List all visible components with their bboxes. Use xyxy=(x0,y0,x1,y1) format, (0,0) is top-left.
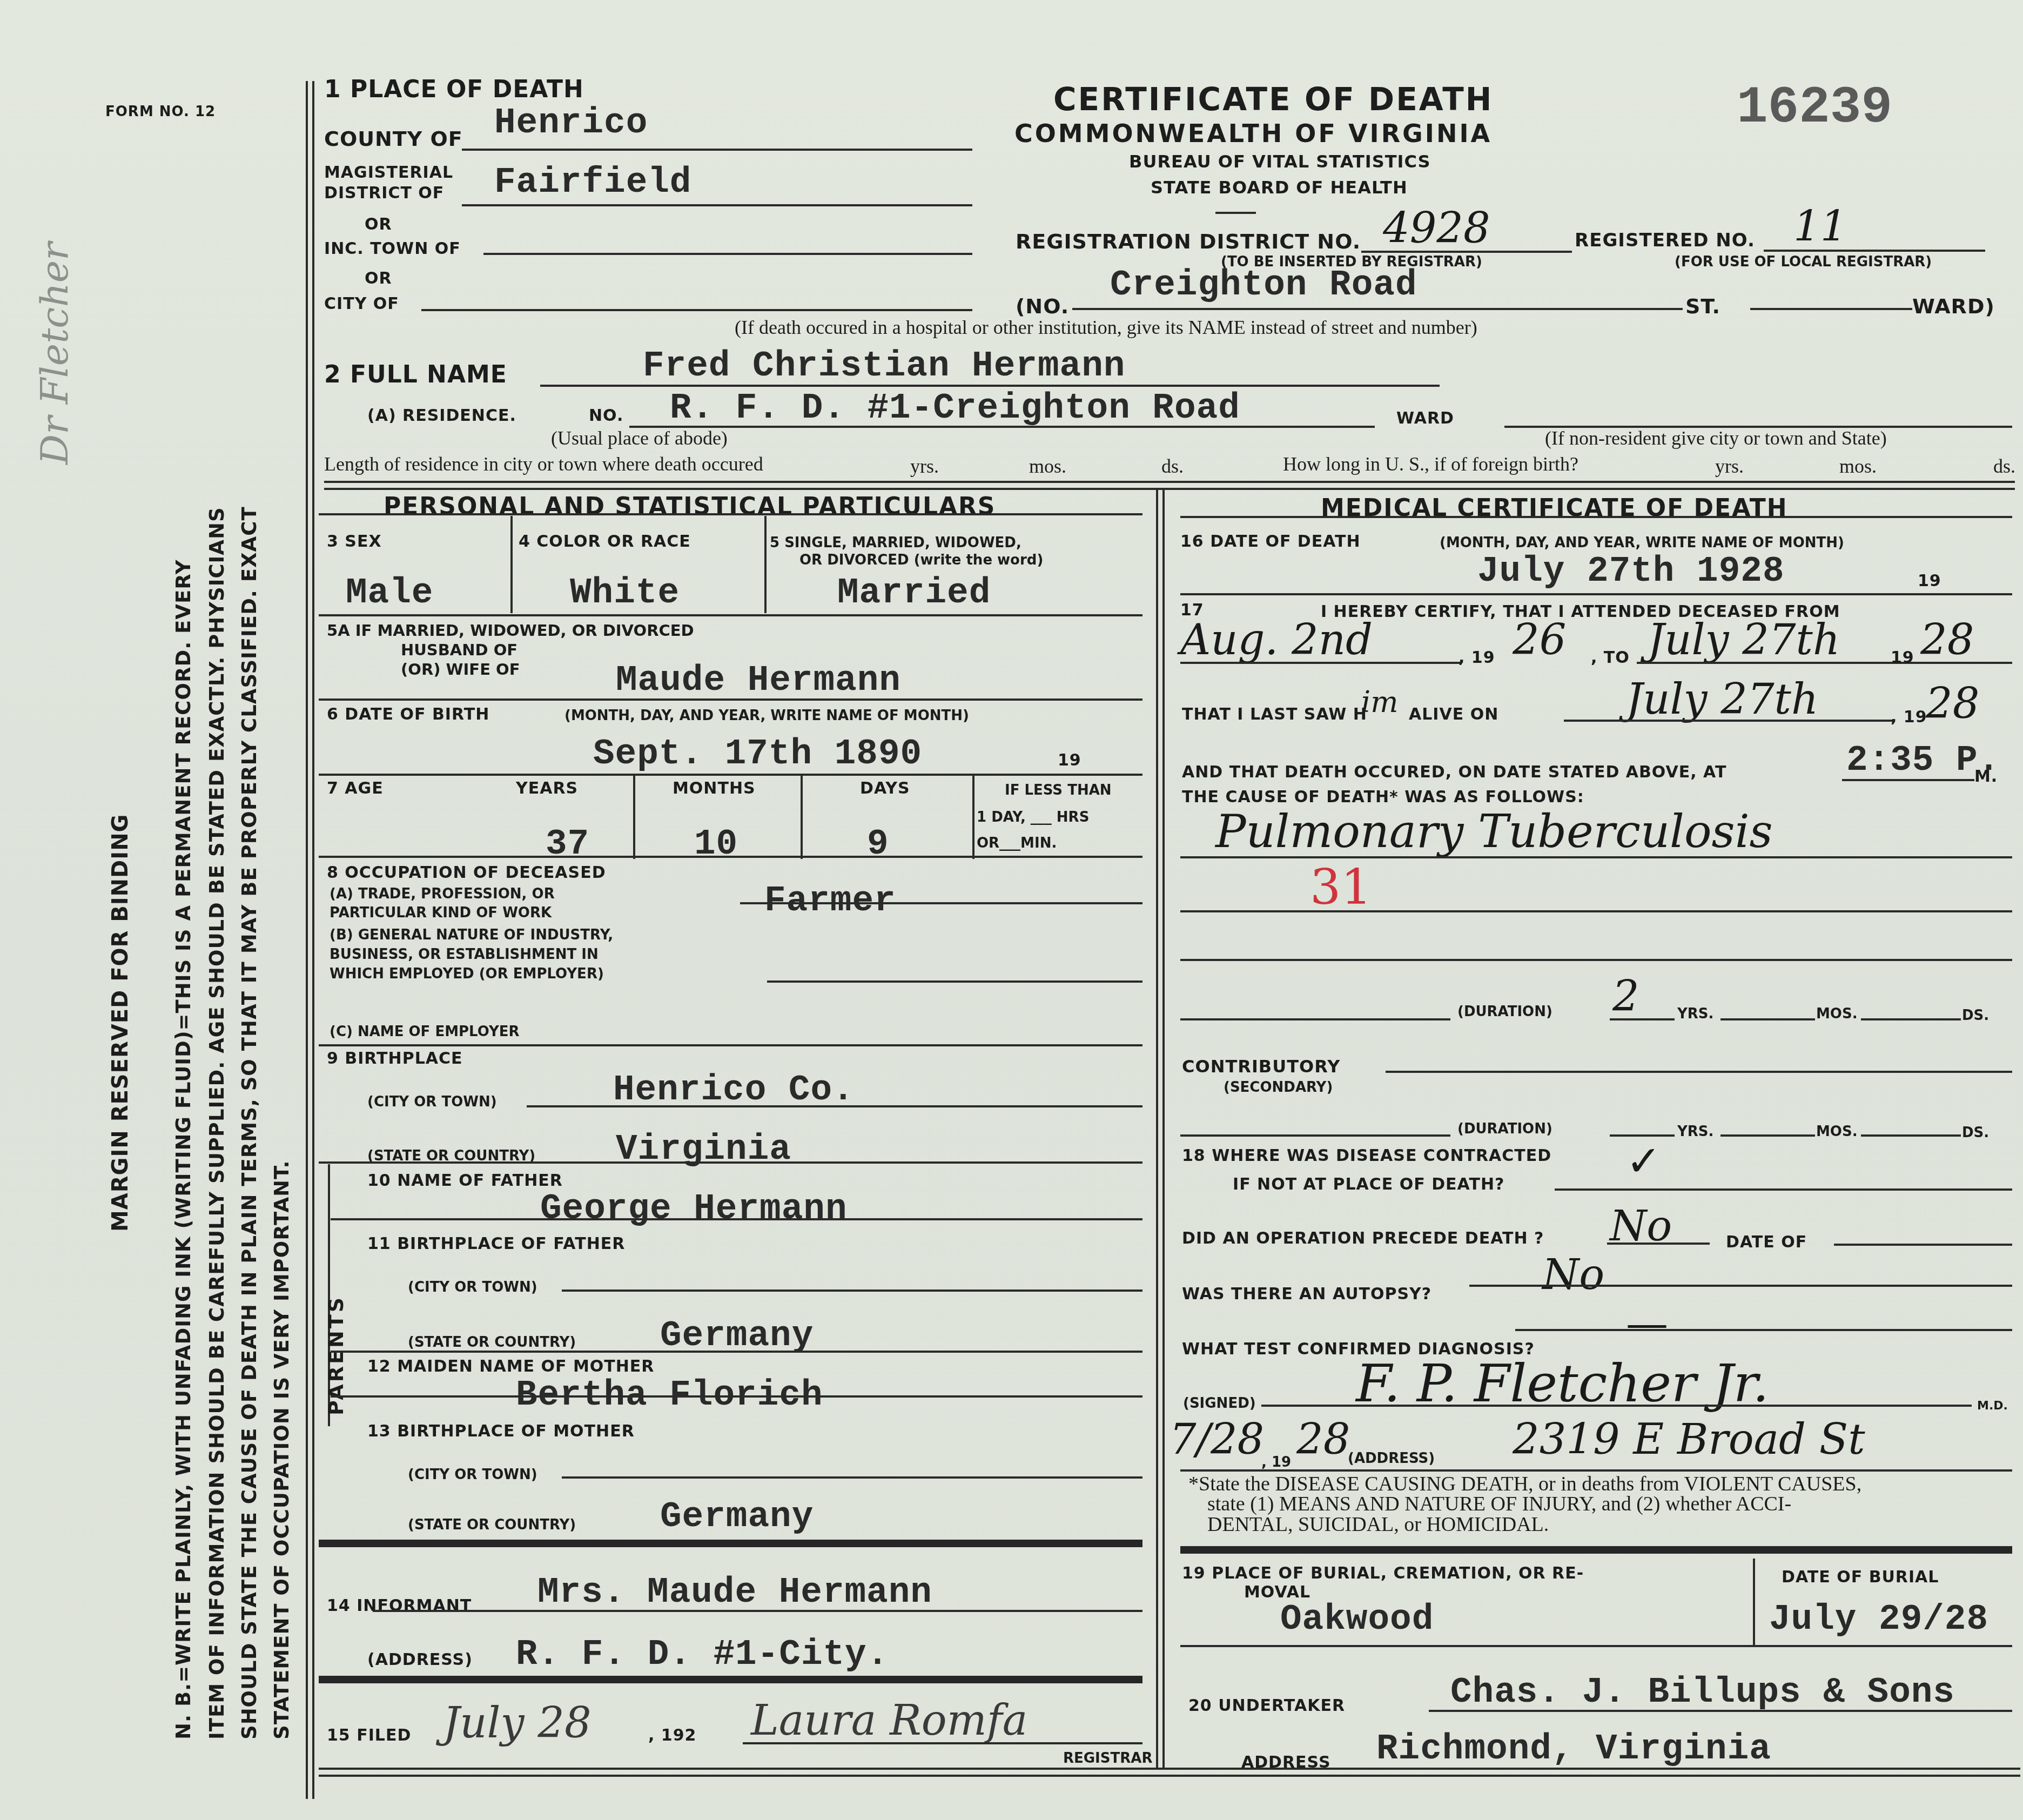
contracted-underline xyxy=(1555,1188,2012,1191)
place-of-death-heading: 1 PLACE OF DEATH xyxy=(324,76,584,103)
informant-underline xyxy=(373,1610,1142,1612)
father-underline xyxy=(331,1218,1142,1220)
or-2: OR xyxy=(365,269,392,288)
town-underline xyxy=(483,253,972,255)
sex-value: Male xyxy=(346,573,433,613)
undertaker-label: 20 UNDERTAKER xyxy=(1188,1696,1345,1715)
ward-label: WARD) xyxy=(1912,294,1995,318)
residence-label: (A) RESIDENCE. xyxy=(367,406,516,425)
from-year: 26 xyxy=(1513,616,1566,664)
city-label: CITY OF xyxy=(324,294,399,313)
pencil-note: Dr Fletcher xyxy=(32,242,77,465)
burial-date-label: DATE OF BURIAL xyxy=(1782,1568,1939,1587)
mother-state-label: (STATE OR COUNTRY) xyxy=(408,1517,576,1533)
burial-date-value: July 29/28 xyxy=(1769,1599,1988,1640)
form-left-border xyxy=(306,81,308,1799)
birthplace-city-label: (CITY OR TOWN) xyxy=(367,1094,497,1110)
dob-19: 19 xyxy=(1058,751,1081,770)
informant-address-label: (ADDRESS) xyxy=(367,1650,473,1669)
marital-value: Married xyxy=(837,573,991,613)
occupation-label: 8 OCCUPATION OF DECEASED xyxy=(327,863,606,882)
undertaker-underline xyxy=(1429,1710,2012,1712)
death-certificate-page: FORM NO. 12 Dr Fletcher MARGIN RESERVED … xyxy=(0,0,2023,1820)
ds-label: ds. xyxy=(1161,455,1184,478)
death-time-underline xyxy=(1842,779,1974,781)
cause-underline-1 xyxy=(1180,856,2012,858)
row-rule-7 xyxy=(319,856,1142,858)
dob-note: (MONTH, DAY, AND YEAR, WRITE NAME OF MON… xyxy=(564,708,969,724)
header-rule-2 xyxy=(324,488,2015,490)
operation-underline xyxy=(1607,1243,1710,1245)
burial-label-1: 19 PLACE OF BURIAL, CREMATION, OR RE- xyxy=(1182,1564,1584,1583)
birthplace-city-value: Henrico Co. xyxy=(613,1070,855,1110)
contracted-label-1: 18 WHERE WAS DISEASE CONTRACTED xyxy=(1182,1146,1551,1165)
street-value: Creighton Road xyxy=(1110,265,1417,305)
father-state-value: Germany xyxy=(660,1315,814,1356)
length-of-residence-label: Length of residence in city or town wher… xyxy=(324,453,763,475)
row-rule-3 xyxy=(319,614,1142,616)
reg-district-label: REGISTRATION DISTRICT NO. xyxy=(1016,230,1361,253)
contributory-underline xyxy=(1386,1071,2012,1073)
age-divider-1 xyxy=(633,775,635,859)
less-than-label-2: 1 DAY, ___ HRS xyxy=(977,809,1089,825)
duration-ds-label: DS. xyxy=(1962,1008,1989,1024)
margin-instruction-4: STATEMENT OF OCCUPATION IS VERY IMPORTAN… xyxy=(270,1160,293,1740)
last-saw-19: , 19 xyxy=(1891,708,1927,727)
md-label: M.D. xyxy=(1977,1399,2008,1413)
mother-state-value: Germany xyxy=(660,1496,814,1537)
attended-to: July 27th xyxy=(1648,616,1840,664)
filed-date: July 28 xyxy=(443,1699,592,1748)
us-yrs-label: yrs. xyxy=(1715,455,1744,478)
mos-label: mos. xyxy=(1029,455,1066,478)
dob-label: 6 DATE OF BIRTH xyxy=(327,705,489,724)
father-value: George Hermann xyxy=(540,1188,848,1229)
margin-binding-text: MARGIN RESERVED FOR BINDING xyxy=(108,814,133,1232)
burial-bottom-rule xyxy=(1180,1645,2012,1647)
duration2-yrs-label: YRS. xyxy=(1677,1124,1713,1140)
title-rule xyxy=(1215,212,1256,214)
bureau-title: BUREAU OF VITAL STATISTICS xyxy=(1129,151,1431,172)
mother-city-label: (CITY OR TOWN) xyxy=(408,1467,537,1483)
column-divider xyxy=(1156,489,1158,1769)
residence-value: R. F. D. #1-Creighton Road xyxy=(670,388,1240,428)
margin-instruction-3: SHOULD STATE THE CAUSE OF DEATH IN PLAIN… xyxy=(238,506,261,1740)
less-than-label-3: OR___MIN. xyxy=(977,835,1057,851)
spouse-value: Maude Hermann xyxy=(616,660,901,701)
form-number: FORM NO. 12 xyxy=(105,104,216,120)
physician-address-label: (ADDRESS) xyxy=(1348,1450,1435,1467)
filed-19: , 192 xyxy=(648,1726,696,1745)
residence-no-label: NO. xyxy=(589,406,623,425)
board-title: STATE BOARD OF HEALTH xyxy=(1151,177,1408,198)
dod-note: (MONTH, DAY, AND YEAR, WRITE NAME OF MON… xyxy=(1440,535,1844,551)
county-label: COUNTY OF xyxy=(324,127,463,151)
birthplace-city-underline xyxy=(527,1105,1142,1107)
father-birthplace-label: 11 BIRTHPLACE OF FATHER xyxy=(367,1234,625,1253)
race-value: White xyxy=(570,573,680,613)
spouse-label-1: 5A IF MARRIED, WIDOWED, OR DIVORCED xyxy=(327,621,694,640)
date-of-label: DATE OF xyxy=(1726,1233,1807,1252)
undertaker-value: Chas. J. Billups & Sons xyxy=(1450,1672,1955,1712)
burial-place-value: Oakwood xyxy=(1280,1599,1434,1640)
informant-label: 14 INFORMANT xyxy=(327,1596,472,1615)
reg-district-underline xyxy=(1361,251,1572,253)
row-rule-6 xyxy=(319,774,1142,776)
occupation-value: Farmer xyxy=(764,881,896,921)
race-divider xyxy=(764,516,767,613)
age-years-label: YEARS xyxy=(516,779,578,798)
occ-a-label-1: (A) TRADE, PROFESSION, OR xyxy=(330,886,555,902)
filed-underline xyxy=(743,1742,1142,1744)
row-rule-5a xyxy=(319,699,1142,701)
ward-underline xyxy=(1750,308,1912,310)
spouse-label-3: (OR) WIFE OF xyxy=(401,660,520,679)
dod-value: July 27th 1928 xyxy=(1477,551,1785,592)
nonresident-note: (If non-resident give city or town and S… xyxy=(1545,427,1887,449)
column-divider-inner xyxy=(1162,489,1165,1769)
abode-note: (Usual place of abode) xyxy=(551,427,728,449)
district-underline xyxy=(462,204,972,206)
duration-blank-2 xyxy=(1180,1134,1450,1137)
signed-date: 7/28 xyxy=(1170,1415,1264,1464)
informant-address-value: R. F. D. #1-City. xyxy=(516,1634,889,1675)
duration-mos-label: MOS. xyxy=(1816,1006,1858,1022)
death-time-m: M. xyxy=(1974,767,1998,786)
signature-underline xyxy=(1261,1405,1972,1407)
age-days-label: DAYS xyxy=(860,779,910,798)
filed-label: 15 FILED xyxy=(327,1726,411,1745)
county-underline xyxy=(462,149,972,151)
duration-ds-underline xyxy=(1861,1018,1961,1020)
duration-yrs-label: YRS. xyxy=(1677,1006,1713,1022)
dod-label: 16 DATE OF DEATH xyxy=(1180,532,1361,551)
us-mos-label: mos. xyxy=(1839,455,1877,478)
date-of-underline xyxy=(1834,1244,2012,1246)
marital-label-1: 5 SINGLE, MARRIED, WIDOWED, xyxy=(770,535,1021,551)
mother-underline xyxy=(331,1395,1142,1398)
informant-value: Mrs. Maude Hermann xyxy=(537,1572,932,1613)
duration-label-1: (DURATION) xyxy=(1457,1004,1552,1020)
age-divider-2 xyxy=(801,775,803,859)
district-label-1: MAGISTERIAL xyxy=(324,163,453,182)
duration-label-2: (DURATION) xyxy=(1457,1121,1552,1137)
us-ds-label: ds. xyxy=(1993,455,2015,478)
signed-year: 28 xyxy=(1296,1415,1350,1464)
dod-19: 19 xyxy=(1918,572,1941,590)
duration2-ds-label: DS. xyxy=(1962,1125,1989,1141)
bottom-rule-2 xyxy=(319,1775,2020,1777)
age-divider-3 xyxy=(972,775,974,859)
occupation-underline xyxy=(740,902,1142,904)
mother-city-underline xyxy=(562,1476,1142,1479)
last-saw-him: im xyxy=(1361,685,1398,719)
red-code: 31 xyxy=(1310,859,1372,916)
margin-instruction-2: ITEM OF INFORMATION SHOULD BE CAREFULLY … xyxy=(205,507,228,1740)
autopsy-label: WAS THERE AN AUTOPSY? xyxy=(1182,1285,1431,1304)
commonwealth-title: COMMONWEALTH OF VIRGINIA xyxy=(1014,119,1492,148)
informant-bottom-rule xyxy=(319,1676,1142,1683)
full-name-value: Fred Christian Hermann xyxy=(643,346,1125,386)
or-1: OR xyxy=(365,215,392,234)
to-year: 28 xyxy=(1920,616,1974,664)
operation-label: DID AN OPERATION PRECEDE DEATH ? xyxy=(1182,1229,1544,1248)
cause-underline-3 xyxy=(1180,959,2012,961)
footnote-line-3: DENTAL, SUICIDAL, or HOMICIDAL. xyxy=(1207,1513,1549,1536)
age-months-label: MONTHS xyxy=(673,779,756,798)
sex-label: 3 SEX xyxy=(327,532,382,551)
medical-heading-rule xyxy=(1180,516,2012,518)
town-label: INC. TOWN OF xyxy=(324,239,461,258)
registered-underline xyxy=(1764,250,1985,252)
cause-underline-2 xyxy=(1180,910,2012,912)
contracted-checkmark: ✓ xyxy=(1626,1137,1661,1186)
street-no-label: (NO. xyxy=(1016,294,1069,318)
medical-bottom-rule xyxy=(1180,1546,2012,1554)
address-underline xyxy=(1180,1469,2012,1472)
county-value: Henrico xyxy=(494,103,648,143)
duration-years: 2 xyxy=(1612,972,1639,1021)
mother-label: 12 MAIDEN NAME OF MOTHER xyxy=(367,1357,654,1376)
occ-a-label-2: PARTICULAR KIND OF WORK xyxy=(330,905,552,921)
full-name-label: 2 FULL NAME xyxy=(324,361,507,388)
signed-label: (SIGNED) xyxy=(1183,1395,1256,1412)
cause-value: Pulmonary Tuberculosis xyxy=(1215,805,1773,858)
street-underline xyxy=(1072,308,1683,310)
to-label: , TO xyxy=(1591,648,1630,667)
full-name-underline xyxy=(540,385,1440,387)
undertaker-address-value: Richmond, Virginia xyxy=(1376,1729,1771,1769)
personal-heading: PERSONAL AND STATISTICAL PARTICULARS xyxy=(384,493,996,520)
signed-19: , 19 xyxy=(1261,1454,1291,1470)
attended-from: Aug. 2nd xyxy=(1180,616,1373,664)
secondary-label: (SECONDARY) xyxy=(1224,1079,1333,1096)
physician-address: 2319 E Broad St xyxy=(1513,1415,1865,1464)
dod-underline xyxy=(1180,593,2012,595)
test-value: — xyxy=(1626,1299,1668,1348)
registrar-signature: Laura Romfa xyxy=(751,1696,1027,1745)
father-state-underline xyxy=(331,1351,1142,1353)
registrar-label: REGISTRAR xyxy=(1063,1750,1152,1767)
hospital-note: (If death occured in a hospital or other… xyxy=(735,316,1477,339)
from-19: , 19 xyxy=(1459,648,1495,667)
last-saw-year: 28 xyxy=(1926,680,1979,728)
dob-value: Sept. 17th 1890 xyxy=(593,734,922,774)
personal-heading-rule xyxy=(319,513,1142,515)
mother-birthplace-label: 13 BIRTHPLACE OF MOTHER xyxy=(367,1422,635,1441)
occ-b-label-2: BUSINESS, OR ESTABLISHMENT IN xyxy=(330,946,599,963)
cause-label: THE CAUSE OF DEATH* WAS AS FOLLOWS: xyxy=(1182,788,1584,807)
header-rule-1 xyxy=(324,481,2015,483)
age-months-value: 10 xyxy=(694,824,738,864)
father-state-label: (STATE OR COUNTRY) xyxy=(408,1334,576,1351)
contributory-label: CONTRIBUTORY xyxy=(1182,1056,1340,1077)
occ-b-label-1: (B) GENERAL NATURE OF INDUSTRY, xyxy=(330,927,613,943)
duration2-yrs-underline xyxy=(1610,1134,1675,1137)
last-saw-date: July 27th xyxy=(1626,675,1818,724)
father-city-label: (CITY OR TOWN) xyxy=(408,1279,537,1295)
attended-from-underline xyxy=(1180,662,1461,664)
sex-divider xyxy=(510,516,513,613)
father-city-underline xyxy=(562,1290,1142,1292)
test-underline xyxy=(1515,1329,2012,1331)
last-saw-underline xyxy=(1564,720,1893,722)
last-saw-label: THAT I LAST SAW H xyxy=(1182,705,1367,724)
parents-bottom-rule xyxy=(319,1540,1142,1547)
marital-label-2: OR DIVORCED (write the word) xyxy=(799,552,1043,568)
row-rule-9 xyxy=(319,1161,1142,1164)
age-label: 7 AGE xyxy=(327,779,384,798)
autopsy-value: No xyxy=(1542,1251,1604,1299)
duration-mos-underline xyxy=(1720,1018,1815,1020)
us-residence-label: How long in U. S., if of foreign birth? xyxy=(1283,453,1578,475)
contracted-label-2: IF NOT AT PLACE OF DEATH? xyxy=(1233,1175,1504,1194)
death-time-label: AND THAT DEATH OCCURED, ON DATE STATED A… xyxy=(1182,763,1726,782)
margin-instruction-1: N. B.=WRITE PLAINLY, WITH UNFADING INK (… xyxy=(172,559,195,1740)
duration-yrs-underline xyxy=(1610,1018,1675,1020)
district-value: Fairfield xyxy=(494,162,691,203)
duration-blank-1 xyxy=(1180,1018,1450,1020)
age-days-value: 9 xyxy=(867,824,889,864)
to-19: 19 xyxy=(1891,648,1914,667)
spouse-label-2: HUSBAND OF xyxy=(401,641,517,659)
form-left-border-inner xyxy=(312,81,314,1799)
race-label: 4 COLOR OR RACE xyxy=(519,532,691,551)
registered-value: 11 xyxy=(1793,203,1847,251)
city-underline xyxy=(421,309,972,311)
less-than-label-1: IF LESS THAN xyxy=(1005,782,1112,798)
duration2-ds-underline xyxy=(1861,1134,1961,1137)
occ-c-label: (C) NAME OF EMPLOYER xyxy=(330,1024,520,1040)
bottom-rule-1 xyxy=(319,1768,2020,1770)
st-label: ST. xyxy=(1685,294,1720,318)
certificate-number: 16239 xyxy=(1737,78,1892,137)
residence-underline xyxy=(629,426,1375,428)
certificate-title: CERTIFICATE OF DEATH xyxy=(1053,81,1493,118)
district-label-2: DISTRICT OF xyxy=(324,184,444,203)
birthplace-label: 9 BIRTHPLACE xyxy=(327,1049,463,1068)
yrs-label: yrs. xyxy=(910,455,939,478)
burial-divider xyxy=(1753,1559,1755,1645)
father-label: 10 NAME OF FATHER xyxy=(367,1171,563,1190)
row-rule-8 xyxy=(319,1044,1142,1046)
duration2-mos-underline xyxy=(1720,1134,1815,1137)
occ-b-label-3: WHICH EMPLOYED (OR EMPLOYER) xyxy=(330,966,604,982)
age-years-value: 37 xyxy=(546,824,589,864)
registered-label: REGISTERED NO. xyxy=(1575,230,1755,251)
duration2-mos-label: MOS. xyxy=(1816,1124,1858,1140)
registered-note: (FOR USE OF LOCAL REGISTRAR) xyxy=(1675,254,1932,270)
residence-ward-label: WARD xyxy=(1396,409,1454,428)
alive-label: ALIVE ON xyxy=(1409,705,1498,724)
autopsy-underline xyxy=(1469,1285,2012,1287)
occ-b-underline xyxy=(767,980,1142,983)
reg-district-value: 4928 xyxy=(1383,204,1490,253)
